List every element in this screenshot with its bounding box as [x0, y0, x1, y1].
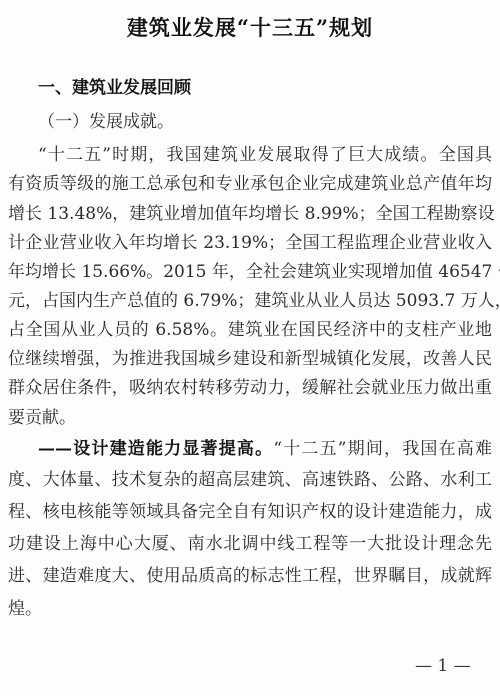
paragraph-line: 进、建造难度大、使用品质高的标志性工程，世界瞩目，成就辉: [8, 565, 492, 587]
section-heading: 一、建筑业发展回顾: [38, 77, 500, 99]
paragraph-line: 煌。: [8, 598, 492, 620]
paragraph-line: 占全国从业人员的 6.58%。建筑业在国民经济中的支柱产业地: [8, 319, 492, 341]
paragraph-line: 度、大体量、技术复杂的超高层建筑、高速铁路、公路、水利工: [8, 469, 492, 491]
paragraph-line: 增长 13.48%，建筑业增加值年均增长 8.99%；全国工程勘察设: [8, 203, 492, 225]
document-title: 建筑业发展“十三五”规划: [0, 12, 500, 42]
paragraph-line: 要贡献。: [8, 407, 492, 429]
paragraph-line: 群众居住条件，吸纳农村转移劳动力，缓解社会就业压力做出重: [8, 377, 492, 399]
paragraph-line-lead: ——设计建造能力显著提高。“十二五”期间，我国在高难: [38, 438, 492, 460]
lead-rest-text: “十二五”期间，我国在高难: [273, 439, 492, 459]
paragraph-line: 位继续增强，为推进我国城乡建设和新型城镇化发展，改善人民: [8, 348, 492, 370]
paragraph-line: 程、核电核能等领域具备完全自有知识产权的设计建造能力，成: [8, 501, 492, 523]
paragraph-line: 计企业营业收入年均增长 23.19%；全国工程监理企业营业收入: [8, 232, 492, 254]
subsection-heading: （一）发展成就。: [38, 111, 500, 133]
bold-lead-text: ——设计建造能力显著提高。: [38, 439, 273, 459]
paragraph-line: 功建设上海中心大厦、南水北调中线工程等一大批设计理念先: [8, 533, 492, 555]
page-number: — 1 —: [415, 656, 471, 676]
paragraph-line: “十二五”时期，我国建筑业发展取得了巨大成绩。全国具: [38, 144, 492, 166]
paragraph-line: 有资质等级的施工总承包和专业承包企业完成建筑业总产值年均: [8, 173, 492, 195]
paragraph-line: 年均增长 15.66%。2015 年，全社会建筑业实现增加值 46547 亿: [8, 261, 492, 283]
paragraph-line: 元，占国内生产总值的 6.79%；建筑业从业人员达 5093.7 万人，: [8, 290, 492, 312]
